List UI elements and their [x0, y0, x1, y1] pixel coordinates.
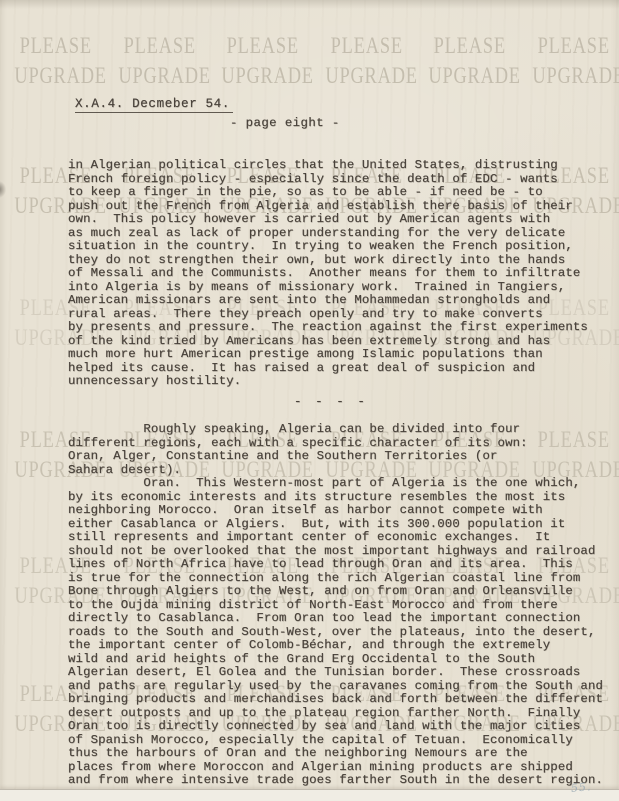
- paper-bottom-edge: [0, 789, 619, 801]
- watermark-word: UPGRADE: [14, 61, 97, 91]
- watermark-word: PLEASE: [14, 31, 97, 61]
- paragraph-one: in Algerian political circles that the U…: [68, 159, 588, 389]
- watermark-word: PLEASE: [325, 31, 408, 61]
- scanned-document-page: PLEASEPLEASEPLEASEPLEASEPLEASEPLEASEUPGR…: [0, 0, 619, 801]
- watermark-word: UPGRADE: [118, 61, 201, 91]
- watermark-word: UPGRADE: [428, 61, 511, 91]
- section-separator: - - - -: [294, 395, 368, 409]
- document-reference: X.A.4. Decmeber 54.: [75, 97, 233, 113]
- scan-edge-smudge: [0, 181, 6, 198]
- paragraph-two: Roughly speaking, Algeria can be divided…: [68, 423, 603, 788]
- watermark-word: PLEASE: [221, 31, 304, 61]
- watermark-word: PLEASE: [118, 31, 201, 61]
- watermark-word: PLEASE: [532, 31, 615, 61]
- page-label: - page eight -: [230, 116, 340, 130]
- watermark-word: PLEASE: [428, 31, 511, 61]
- watermark-word: UPGRADE: [221, 61, 304, 91]
- watermark-word: UPGRADE: [532, 61, 615, 91]
- handwritten-page-number: 55.: [570, 780, 592, 795]
- watermark-word: UPGRADE: [325, 61, 408, 91]
